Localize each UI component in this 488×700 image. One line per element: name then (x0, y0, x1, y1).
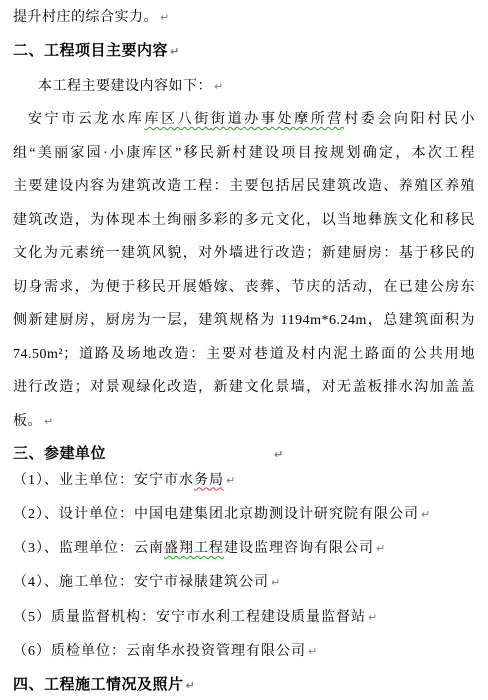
heading-text: 四、工程施工情况及照片 (13, 677, 184, 693)
paragraph-mark-icon: ↵ (186, 679, 195, 692)
list-item-quality-supervision: （5）质量监督机构：安宁市水利工程建设质量监督站↵ (13, 609, 475, 643)
section-heading-construction-photos: 四、工程施工情况及照片↵ (13, 677, 475, 694)
paragraph-mark-icon: ↵ (214, 80, 223, 93)
paragraph-mark-icon: ↵ (170, 45, 179, 58)
spellcheck-squiggle: 库区八街 (144, 112, 211, 127)
spellcheck-squiggle: 街道办事处摩所营 (211, 112, 344, 127)
paragraph-line: 建筑改造，为体现本土绚丽多彩的多元文化，以当地彝族文化和移民 (13, 212, 475, 246)
paragraph-mark-icon: ↵ (271, 576, 280, 589)
item-text: （6）质检单位：云南华水投资管理有限公司 (13, 644, 306, 659)
paragraph-line: 切身需求，为便于移民开展婚嫁、丧葬、节庆的活动，在已建公房东 (13, 279, 475, 313)
paragraph-line: 侧新建厨房，厨房为一层，建筑规格为 1194m*6.24m，总建筑面积为 (13, 312, 475, 346)
section-heading-project-content: 二、工程项目主要内容↵ (13, 43, 475, 78)
paragraph-line: 主要建设内容为建筑改造工程：主要包括居民建筑改造、养殖区养殖 (13, 178, 475, 212)
spellcheck-squiggle: 盛翔工程 (164, 541, 224, 556)
item-text: （3）、监理单位：云南 (13, 541, 164, 556)
intro-line: 本工程主要建设内容如下：↵ (13, 78, 475, 112)
document-page: 提升村庄的综合实力。↵ 二、工程项目主要内容↵ 本工程主要建设内容如下：↵ 安宁… (0, 0, 488, 700)
paragraph-mark-icon: ↵ (44, 415, 53, 428)
paragraph-mark-icon: ↵ (308, 645, 317, 658)
paragraph-mark-icon: ↵ (160, 11, 169, 24)
paragraph-tail-line: 提升村庄的综合实力。↵ (13, 9, 475, 43)
item-text: （4）、施工单位：安宁市禄脿建筑公司 (13, 575, 269, 590)
paragraph-mark-icon: ↵ (421, 508, 430, 521)
spellcheck-squiggle: 务局 (194, 473, 224, 488)
paragraph-line: 进行改造；对景观绿化改造，新建文化景墙，对无盖板排水沟加盖盖 (13, 379, 475, 413)
list-item-designer: （2）、设计单位：中国电建集团北京勘测设计研究院有限公司↵ (13, 506, 475, 540)
list-item-contractor: （4）、施工单位：安宁市禄脿建筑公司↵ (13, 574, 475, 608)
paragraph-mark-icon: ↵ (226, 474, 235, 487)
paragraph-text: 村委会向阳村民小 (344, 112, 475, 127)
item-text: （2）、设计单位：中国电建集团北京勘测设计研究院有限公司 (13, 507, 419, 522)
item-text: （5）质量监督机构：安宁市水利工程建设质量监督站 (13, 610, 366, 625)
paragraph-line: 安宁市云龙水库库区八街街道办事处摩所营村委会向阳村民小 (13, 111, 475, 145)
paragraph-line: 文化为元素统一建筑风貌，对外墙进行改造；新建厨房：基于移民的 (13, 245, 475, 279)
list-item-quality-inspection: （6）质检单位：云南华水投资管理有限公司↵ (13, 643, 475, 678)
paragraph-text: 安宁市云龙水库 (28, 112, 144, 127)
paragraph-text: 本工程主要建设内容如下： (38, 79, 212, 94)
paragraph-mark-icon: ↵ (376, 542, 385, 555)
section-heading-participants: 三、参建单位↵ (13, 446, 475, 472)
paragraph-line: 板。↵ (13, 413, 475, 446)
item-text: （1）、业主单位：安宁市水 (13, 473, 194, 488)
paragraph-mark-icon: ↵ (368, 611, 377, 624)
paragraph-text: 板。 (13, 414, 42, 429)
list-item-owner: （1）、业主单位：安宁市水务局↵ (13, 472, 475, 506)
paragraph-line: 组“美丽家园·小康库区”移民新村建设项目按规划确定，本次工程 (13, 145, 475, 179)
paragraph-line: 74.50m²；道路及场地改造：主要对巷道及村内泥土路面的公共用地 (13, 346, 475, 380)
paragraph-mark-icon: ↵ (274, 448, 283, 461)
heading-text: 二、工程项目主要内容 (13, 43, 168, 59)
heading-text: 三、参建单位 (13, 446, 106, 462)
list-item-supervisor: （3）、监理单位：云南盛翔工程建设监理咨询有限公司↵ (13, 540, 475, 574)
item-text: 建设监理咨询有限公司 (224, 541, 374, 556)
paragraph-text: 提升村庄的综合实力。 (13, 10, 158, 25)
